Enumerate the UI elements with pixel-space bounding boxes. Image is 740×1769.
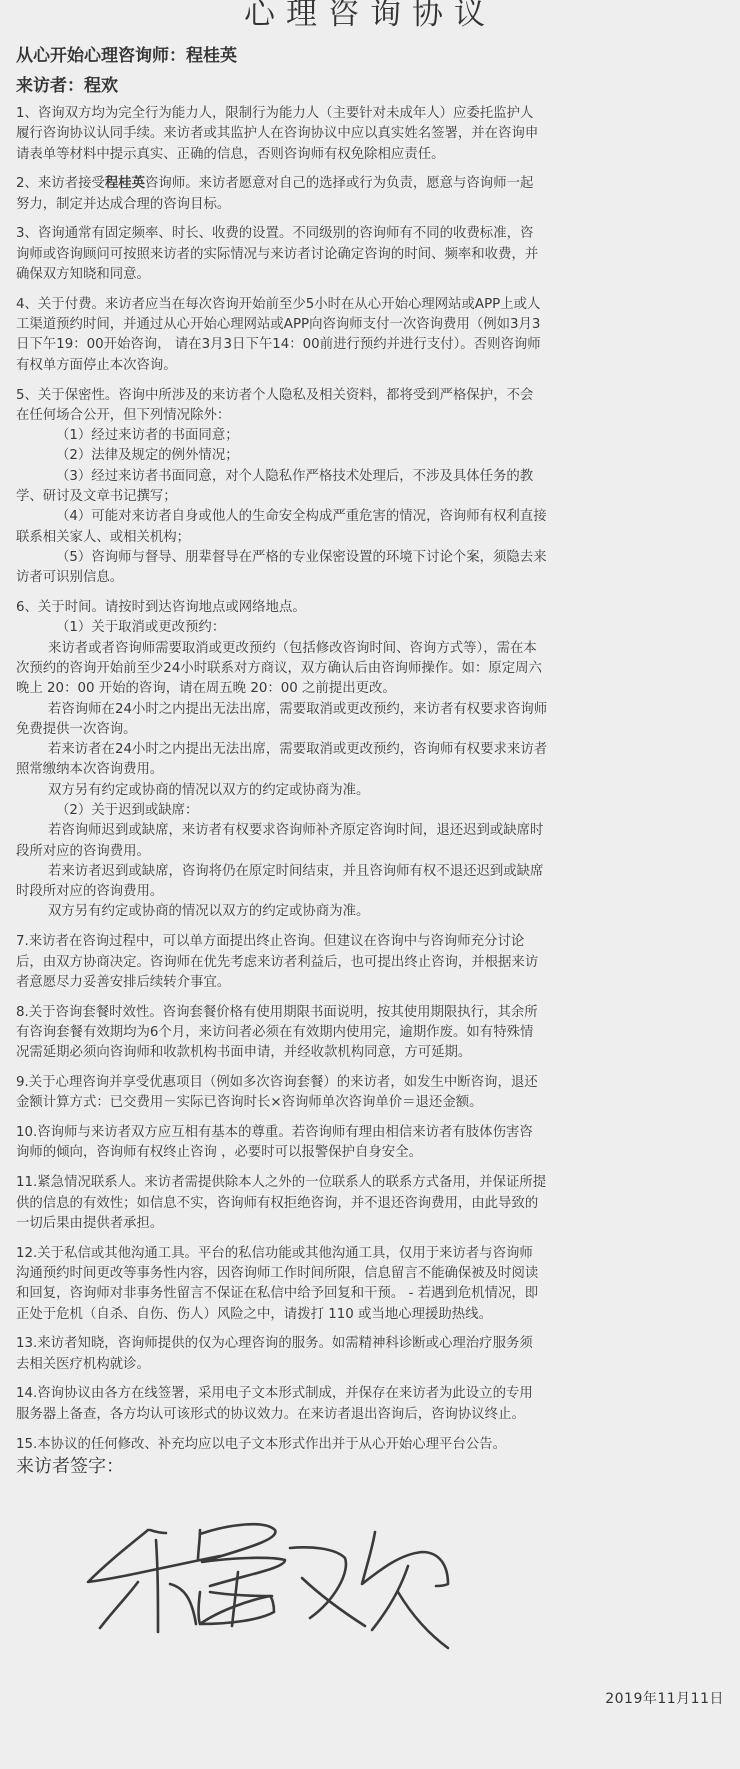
clause-line: 8.关于咨询套餐时效性。咨询套餐价格有使用期限书面说明，按其使用期限执行，其余所 (16, 1003, 728, 1023)
clause-line: 次预约的咨询开始前至少24小时联系对方商议，双方确认后由咨询师操作。如：原定周六 (16, 659, 728, 679)
counselor-label: 从心开始心理咨询师： (16, 46, 186, 66)
clause-line: 正处于危机（自杀、自伤、伤人）风险之中，请拨打 110 或当地心理援助热线。 (16, 1305, 728, 1325)
clause-line: 照常缴纳本次咨询费用。 (16, 760, 728, 780)
clause-line: 双方另有约定或协商的情况以双方的约定或协商为准。 (16, 902, 728, 922)
clause-line: 况需延期必须向咨询师和收款机构书面申请，并经收款机构同意，方可延期。 (16, 1043, 728, 1063)
clause-line: （1）经过来访者的书面同意； (16, 426, 728, 446)
clause-14: 14.咨询协议由各方在线签署，采用电子文本形式制成，并保存在来访者为此设立的专用… (16, 1384, 728, 1425)
clause-line: 沟通预约时间更改等事务性内容，因咨询师工作时间所限，信息留言不能确保被及时阅读 (16, 1264, 728, 1284)
clause-line: 免费提供一次咨询。 (16, 720, 728, 740)
clause-line: 供的信息的有效性；如信息不实，咨询师有权拒绝咨询，并不退还咨询费用，由此导致的 (16, 1194, 728, 1214)
counselor-line: 从心开始心理咨询师：程桂英 (16, 44, 237, 68)
clause-line: 去相关医疗机构就诊。 (16, 1355, 728, 1375)
clause-line: 10.咨询师与来访者双方应互相有基本的尊重。若咨询师有理由相信来访者有肢体伤害咨 (16, 1123, 728, 1143)
clause-line: 一切后果由提供者承担。 (16, 1214, 728, 1234)
clause-line: 者意愿尽力妥善安排后续转介事宜。 (16, 973, 728, 993)
clause-line: （1）关于取消或更改预约： (16, 618, 728, 638)
clause-10: 10.咨询师与来访者双方应互相有基本的尊重。若咨询师有理由相信来访者有肢体伤害咨… (16, 1123, 728, 1164)
clause-line: 有咨询套餐有效期均为6个月，来访问者必须在有效期内使用完，逾期作废。如有特殊情 (16, 1023, 728, 1043)
clause-line: 访者可识别信息。 (16, 568, 728, 588)
clause-line: 学、研讨及文章书记撰写； (16, 487, 728, 507)
clause-line: 若来访者迟到或缺席，咨询将仍在原定时间结束，并且咨询师有权不退还迟到或缺席 (16, 862, 728, 882)
counselor-name: 程桂英 (186, 46, 237, 66)
signature-label: 来访者签字： (16, 1454, 124, 1480)
clause-line: 询师的倾向，咨询师有权终止咨询 ，必要时可以报警保护自身安全。 (16, 1143, 728, 1163)
clause-5: 5、关于保密性。咨询中所涉及的来访者个人隐私及相关资料，都将受到严格保护，不会在… (16, 386, 728, 589)
agreement-clauses: 1、咨询双方均为完全行为能力人，限制行为能力人（主要针对未成年人）应委托监护人履… (16, 104, 728, 1464)
clause-line: 12.关于私信或其他沟通工具。平台的私信功能或其他沟通工具，仅用于来访者与咨询师 (16, 1244, 728, 1264)
clause-11: 11.紧急情况联系人。来访者需提供除本人之外的一位联系人的联系方式备用，并保证所… (16, 1173, 728, 1234)
clause-line: 和回复，咨询师对非事务性留言不保证在私信中给予回复和干预。 - 若遇到危机情况，… (16, 1284, 728, 1304)
clause-text: 咨询师。来访者愿意对自己的选择或行为负责，愿意与咨询师一起 (145, 176, 533, 191)
clause-line: 服务器上备查，各方均认可该形式的协议效力。在来访者退出咨询后，咨询协议终止。 (16, 1405, 728, 1425)
handwritten-signature (60, 1500, 480, 1660)
clause-line: 若来访者在24小时之内提出无法出席，需要取消或更改预约，咨询师有权要求来访者 (16, 740, 728, 760)
clause-line: 日下午19：00开始咨询， 请在3月3日下午14：00前进行预约并进行支付）。否… (16, 335, 728, 355)
clause-2: 2、来访者接受程桂英咨询师。来访者愿意对自己的选择或行为负责，愿意与咨询师一起努… (16, 174, 728, 215)
clause-line: 询师或咨询顾问可按照来访者的实际情况与来访者讨论确定咨询的时间、频率和收费，并 (16, 245, 728, 265)
clause-line: 后，由双方协商决定。咨询师在优先考虑来访者利益后，也可提出终止咨询，并根据来访 (16, 953, 728, 973)
page-title: 心理咨询协议 (0, 0, 740, 36)
clause-line: 努力，制定并达成合理的咨询目标。 (16, 195, 728, 215)
clause-6: 6、关于时间。请按时到达咨询地点或网络地点。（1）关于取消或更改预约：来访者或者… (16, 598, 728, 923)
clause-line: （2）法律及规定的例外情况； (16, 446, 728, 466)
client-name: 程欢 (84, 76, 118, 96)
clause-line: 6、关于时间。请按时到达咨询地点或网络地点。 (16, 598, 728, 618)
clause-7: 7.来访者在咨询过程中，可以单方面提出终止咨询。但建议在咨询中与咨询师充分讨论后… (16, 932, 728, 993)
clause-line: （5）咨询师与督导、朋辈督导在严格的专业保密设置的环境下讨论个案，须隐去来 (16, 548, 728, 568)
clause-text: 2、来访者接受 (16, 176, 105, 191)
client-label: 来访者： (16, 76, 84, 96)
clause-line: 段所对应的咨询费用。 (16, 842, 728, 862)
clause-line: 11.紧急情况联系人。来访者需提供除本人之外的一位联系人的联系方式备用，并保证所… (16, 1173, 728, 1193)
clause-line: 5、关于保密性。咨询中所涉及的来访者个人隐私及相关资料，都将受到严格保护，不会 (16, 386, 728, 406)
clause-line: 在任何场合公开，但下列情况除外： (16, 406, 728, 426)
clause-line: 若咨询师迟到或缺席，来访者有权要求咨询师补齐原定咨询时间，退还迟到或缺席时 (16, 821, 728, 841)
clause-line: 7.来访者在咨询过程中，可以单方面提出终止咨询。但建议在咨询中与咨询师充分讨论 (16, 932, 728, 952)
clause-3: 3、咨询通常有固定频率、时长、收费的设置。不同级别的咨询师有不同的收费标准，咨询… (16, 224, 728, 285)
clause-1: 1、咨询双方均为完全行为能力人，限制行为能力人（主要针对未成年人）应委托监护人履… (16, 104, 728, 165)
clause-line: 双方另有约定或协商的情况以双方的约定或协商为准。 (16, 781, 728, 801)
clause-9: 9.关于心理咨询并享受优惠项目（例如多次咨询套餐）的来访者，如发生中断咨询，退还… (16, 1073, 728, 1114)
clause-12: 12.关于私信或其他沟通工具。平台的私信功能或其他沟通工具，仅用于来访者与咨询师… (16, 1244, 728, 1325)
clause-line: 履行咨询协议认同手续。来访者或其监护人在咨询协议中应以真实姓名签署，并在咨询申 (16, 124, 728, 144)
counselor-name-inline: 程桂英 (105, 176, 145, 191)
clause-line: 联系相关家人、或相关机构； (16, 528, 728, 548)
clause-line: （2）关于迟到或缺席： (16, 801, 728, 821)
clause-line: 3、咨询通常有固定频率、时长、收费的设置。不同级别的咨询师有不同的收费标准，咨 (16, 224, 728, 244)
clause-13: 13.来访者知晓，咨询师提供的仅为心理咨询的服务。如需精神科诊断或心理治疗服务须… (16, 1334, 728, 1375)
clause-8: 8.关于咨询套餐时效性。咨询套餐价格有使用期限书面说明，按其使用期限执行，其余所… (16, 1003, 728, 1064)
clause-line: 有权单方面停止本次咨询。 (16, 356, 728, 376)
signature-date: 2019年11月11日 (605, 1688, 724, 1708)
clause-line: （3）经过来访者书面同意，对个人隐私作严格技术处理后，不涉及具体任务的教 (16, 467, 728, 487)
clause-line: 请表单等材料中提示真实、正确的信息，否则咨询师有权免除相应责任。 (16, 145, 728, 165)
clause-line: 若咨询师在24小时之内提出无法出席，需要取消或更改预约，来访者有权要求咨询师 (16, 700, 728, 720)
clause-line: 13.来访者知晓，咨询师提供的仅为心理咨询的服务。如需精神科诊断或心理治疗服务须 (16, 1334, 728, 1354)
clause-line: 时段所对应的咨询费用。 (16, 882, 728, 902)
clause-line: 1、咨询双方均为完全行为能力人，限制行为能力人（主要针对未成年人）应委托监护人 (16, 104, 728, 124)
clause-line: 确保双方知晓和同意。 (16, 265, 728, 285)
clause-line: 工渠道预约时间，并通过从心开始心理网站或APP向咨询师支付一次咨询费用（例如3月… (16, 315, 728, 335)
clause-line: 9.关于心理咨询并享受优惠项目（例如多次咨询套餐）的来访者，如发生中断咨询，退还 (16, 1073, 728, 1093)
clause-line: 2、来访者接受程桂英咨询师。来访者愿意对自己的选择或行为负责，愿意与咨询师一起 (16, 174, 728, 194)
client-line: 来访者：程欢 (16, 74, 118, 98)
clause-line: 来访者或者咨询师需要取消或更改预约（包括修改咨询时间、咨询方式等），需在本 (16, 639, 728, 659)
clause-line: 金额计算方式：已交费用－实际已咨询时长×咨询师单次咨询单价＝退还金额。 (16, 1093, 728, 1113)
clause-line: 晚上 20：00 开始的咨询，请在周五晚 20：00 之前提出更改。 (16, 679, 728, 699)
clause-line: 15.本协议的任何修改、补充均应以电子文本形式作出并于从心开始心理平台公告。 (16, 1435, 728, 1455)
clause-line: 4、关于付费。来访者应当在每次咨询开始前至少5小时在从心开始心理网站或APP上或… (16, 295, 728, 315)
clause-line: 14.咨询协议由各方在线签署，采用电子文本形式制成，并保存在来访者为此设立的专用 (16, 1384, 728, 1404)
clause-15: 15.本协议的任何修改、补充均应以电子文本形式作出并于从心开始心理平台公告。 (16, 1435, 728, 1455)
clause-4: 4、关于付费。来访者应当在每次咨询开始前至少5小时在从心开始心理网站或APP上或… (16, 295, 728, 376)
clause-line: （4）可能对来访者自身或他人的生命安全构成严重危害的情况，咨询师有权利直接 (16, 507, 728, 527)
